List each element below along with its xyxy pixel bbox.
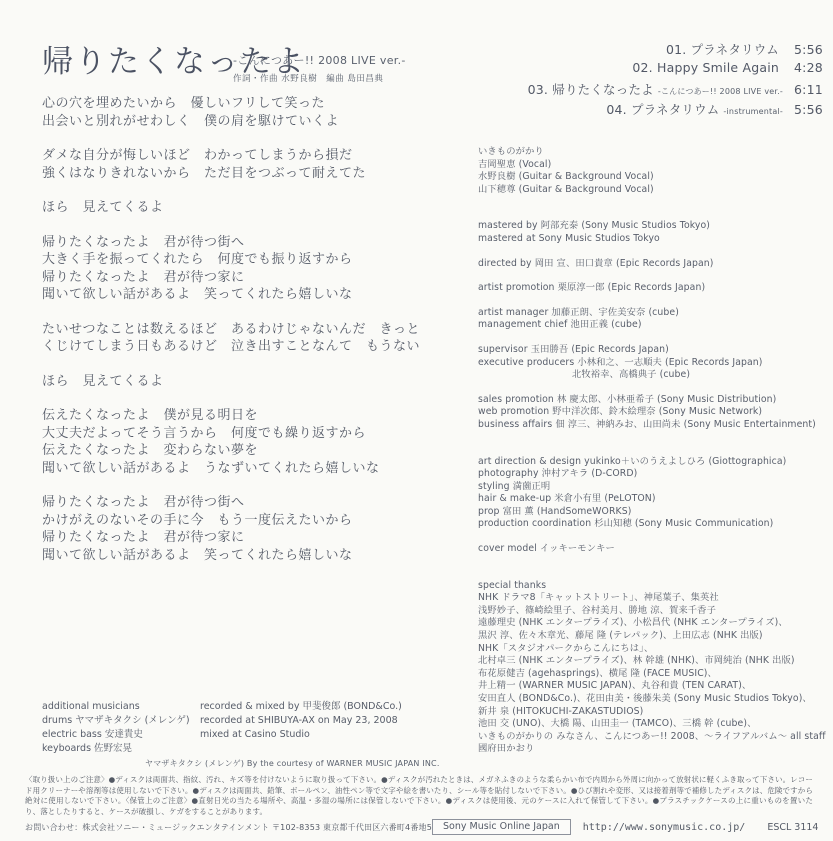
lyric-stanza: たいせつなことは数えるほど あるわけじゃないんだ きっと くじけてしまう日もある… bbox=[42, 321, 420, 356]
lyric-stanza: ほら 見えてくるよ bbox=[42, 373, 420, 391]
track-label: 03. 帰りたくなったよ bbox=[528, 80, 654, 98]
tracklist: 01. プラネタリウム 5:56 02. Happy Smile Again 4… bbox=[528, 40, 827, 120]
credits-column: いきものがかり 吉岡聖恵 (Vocal) 水野良樹 (Guitar & Back… bbox=[478, 146, 826, 756]
lyrics: 心の穴を埋めたいから 優しいフリして笑った 出会いと別れがせわしく 僕の肩を駆け… bbox=[42, 95, 420, 581]
credit-group-producers: supervisor 玉田勝吾 (Epic Records Japan) exe… bbox=[478, 344, 826, 382]
title-side: -こんにつあー!! 2008 LIVE ver.- 作詞・作曲 水野良樹 編曲 … bbox=[233, 52, 463, 84]
usage-notice: 〈取り扱い上のご注意〉●ディスクは両面共、指紋、汚れ、キズ等を付けないように取り… bbox=[25, 775, 813, 817]
lyric-stanza: 帰りたくなったよ 君が待つ街へ かけがえのないその手に今 もう一度伝えたいから … bbox=[42, 494, 420, 564]
track-time: 5:56 bbox=[794, 42, 827, 57]
track-row: 04. プラネタリウム -instrumental- 5:56 bbox=[528, 100, 827, 120]
lyric-stanza: 帰りたくなったよ 君が待つ街へ 大きく手を振ってくれたら 何度でも振り返すから … bbox=[42, 234, 420, 304]
credit-group-promotion: artist promotion 栗原淳一郎 (Epic Records Jap… bbox=[478, 282, 826, 295]
lyric-stanza: 心の穴を埋めたいから 優しいフリして笑った 出会いと別れがせわしく 僕の肩を駆け… bbox=[42, 95, 420, 130]
booklet-page: 帰りたくなったよ -こんにつあー!! 2008 LIVE ver.- 作詞・作曲… bbox=[0, 0, 833, 841]
lyric-stanza: 伝えたくなったよ 僕が見る明日を 大丈夫だよってそう言うから 何度でも繰り返すか… bbox=[42, 407, 420, 477]
recording-credits: recorded & mixed by 甲斐俊郎 (BOND&Co.) reco… bbox=[200, 700, 402, 756]
lyric-stanza: ダメな自分が悔しいほど わかってしまうから損だ 強くはなりきれないから ただ目を… bbox=[42, 147, 420, 182]
courtesy-note: ヤマザキタクシ (メレンゲ) By the courtesy of WARNER… bbox=[145, 758, 440, 769]
sony-badge: Sony Music Online Japan bbox=[432, 819, 571, 835]
credit-group-special-thanks: special thanks NHK ドラマ8「キャットストリート」、神尾葉子、… bbox=[478, 580, 826, 756]
catalog-number: ESCL 3114 bbox=[767, 822, 818, 833]
song-subtitle: -こんにつあー!! 2008 LIVE ver.- bbox=[233, 52, 463, 68]
credit-group-directed: directed by 岡田 宣、田口貴章 (Epic Records Japa… bbox=[478, 258, 826, 271]
credit-group-band: いきものがかり 吉岡聖恵 (Vocal) 水野良樹 (Guitar & Back… bbox=[478, 146, 826, 196]
credit-group-design: art direction & design yukinko＋いのうえよしひろ … bbox=[478, 456, 826, 532]
credit-group-cover-model: cover model イッキーモンキー bbox=[478, 543, 826, 556]
track-time: 6:11 bbox=[794, 82, 827, 97]
additional-musicians: additional musicians drums ヤマザキタクシ (メレンゲ… bbox=[42, 700, 200, 756]
track-row: 02. Happy Smile Again 4:28 bbox=[528, 60, 827, 80]
credit-group-mastering: mastered by 阿部充泰 (Sony Music Studios Tok… bbox=[478, 220, 826, 245]
track-time: 5:56 bbox=[794, 102, 827, 117]
session-credits: additional musicians drums ヤマザキタクシ (メレンゲ… bbox=[42, 700, 402, 756]
track-row: 03. 帰りたくなったよ -こんにつあー!! 2008 LIVE ver.- 6… bbox=[528, 80, 827, 100]
track-row: 01. プラネタリウム 5:56 bbox=[528, 40, 827, 60]
track-time: 4:28 bbox=[794, 60, 827, 75]
credit-group-management: artist manager 加藤正朗、宇佐美安奈 (cube) managem… bbox=[478, 307, 826, 332]
track-subtitle: -こんにつあー!! 2008 LIVE ver.- bbox=[658, 86, 783, 97]
track-label: 01. プラネタリウム bbox=[666, 40, 779, 58]
songwriter-credit: 作詞・作曲 水野良樹 編曲 島田昌典 bbox=[233, 72, 463, 84]
track-subtitle: -instrumental- bbox=[723, 107, 783, 116]
track-label: 04. プラネタリウム bbox=[606, 100, 719, 118]
footer: お問い合わせ：株式会社ソニー・ミュージックエンタテインメント 〒102-8353… bbox=[25, 819, 815, 835]
contact-info: お問い合わせ：株式会社ソニー・ミュージックエンタテインメント 〒102-8353… bbox=[25, 822, 432, 833]
website-url: http://www.sonymusic.co.jp/ bbox=[583, 822, 746, 833]
lyric-stanza: ほら 見えてくるよ bbox=[42, 199, 420, 217]
track-label: 02. Happy Smile Again bbox=[632, 60, 779, 75]
credit-group-business: sales promotion 林 慶太郎、小林亜希子 (Sony Music … bbox=[478, 394, 826, 432]
